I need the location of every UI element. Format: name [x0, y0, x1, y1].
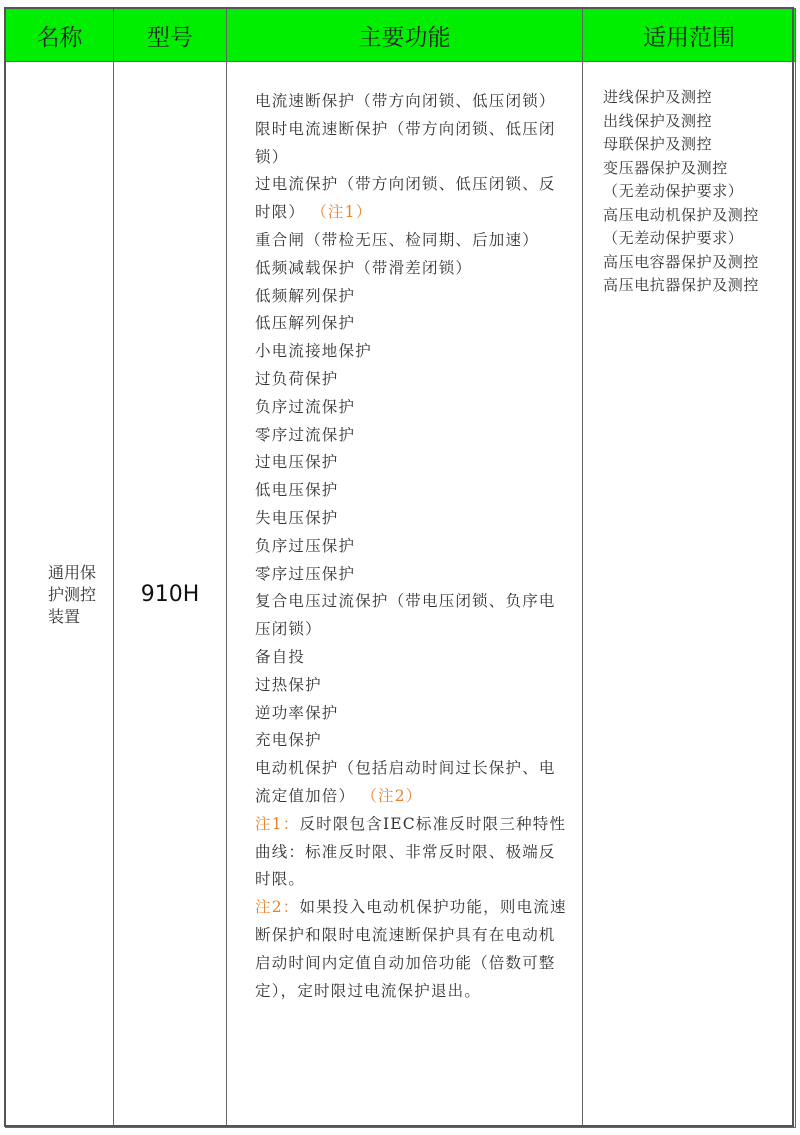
function-item: 电流速断保护（带方向闭锁、低压闭锁） — [255, 88, 568, 116]
cell-scope: 进线保护及测控出线保护及测控母联保护及测控变压器保护及测控（无差动保护要求）高压… — [583, 62, 796, 1128]
note-label: 注1： — [255, 815, 299, 833]
function-item: 失电压保护 — [255, 505, 568, 533]
scope-item: 母联保护及测控 — [603, 133, 785, 157]
function-item: 过电流保护（带方向闭锁、低压闭锁、反时限） （注1） — [255, 171, 568, 227]
function-text: 备自投 — [255, 648, 305, 666]
function-text: 低频解列保护 — [255, 287, 355, 305]
cell-model: 910H — [114, 62, 227, 1128]
function-item: 备自投 — [255, 644, 568, 672]
scope-item: 高压电动机保护及测控 — [603, 204, 785, 228]
function-text: 逆功率保护 — [255, 704, 339, 722]
function-text: 负序过压保护 — [255, 537, 355, 555]
scope-item: 变压器保护及测控 — [603, 157, 785, 181]
function-text: 重合闸（带检无压、检同期、后加速） — [255, 231, 539, 249]
function-note-ref: （注1） — [305, 203, 372, 221]
header-model: 型号 — [114, 9, 227, 62]
note-text: 如果投入电动机保护功能，则电流速断保护和限时电流速断保护具有在电动机启动时间内定… — [255, 898, 567, 999]
note-item: 注1：反时限包含IEC标准反时限三种特性曲线：标准反时限、非常反时限、极端反时限… — [255, 811, 568, 894]
function-item: 电动机保护（包括启动时间过长保护、电流定值加倍） （注2） — [255, 755, 568, 811]
function-text: 限时电流速断保护（带方向闭锁、低压闭锁） — [255, 120, 556, 166]
function-text: 零序过压保护 — [255, 565, 355, 583]
function-text: 零序过流保护 — [255, 426, 355, 444]
scope-item: 高压电容器保护及测控 — [603, 251, 785, 275]
cell-functions: 电流速断保护（带方向闭锁、低压闭锁）限时电流速断保护（带方向闭锁、低压闭锁）过电… — [227, 62, 583, 1128]
scope-item: 高压电抗器保护及测控 — [603, 274, 785, 298]
function-text: 负序过流保护 — [255, 398, 355, 416]
function-text: 充电保护 — [255, 731, 322, 749]
scope-item: （无差动保护要求） — [603, 227, 785, 251]
function-item: 逆功率保护 — [255, 700, 568, 728]
function-text: 过电压保护 — [255, 453, 339, 471]
function-item: 低压解列保护 — [255, 310, 568, 338]
function-text: 小电流接地保护 — [255, 342, 372, 360]
header-row: 名称 型号 主要功能 适用范围 — [6, 9, 796, 62]
function-text: 低压解列保护 — [255, 314, 355, 332]
function-item: 过热保护 — [255, 672, 568, 700]
function-item: 充电保护 — [255, 727, 568, 755]
function-list: 电流速断保护（带方向闭锁、低压闭锁）限时电流速断保护（带方向闭锁、低压闭锁）过电… — [255, 88, 568, 811]
function-text: 过负荷保护 — [255, 370, 339, 388]
function-text: 低频减载保护（带滑差闭锁） — [255, 259, 472, 277]
note-item: 注2：如果投入电动机保护功能，则电流速断保护和限时电流速断保护具有在电动机启动时… — [255, 894, 568, 1005]
scope-item: （无差动保护要求） — [603, 180, 785, 204]
function-item: 复合电压过流保护（带电压闭锁、负序电压闭锁） — [255, 588, 568, 644]
product-spec-table: 名称 型号 主要功能 适用范围 通用保护测控装置 910H 电流速断保护（带方向… — [5, 8, 796, 1128]
function-item: 低频减载保护（带滑差闭锁） — [255, 255, 568, 283]
cell-name: 通用保护测控装置 — [6, 62, 114, 1128]
header-functions: 主要功能 — [227, 9, 583, 62]
function-item: 负序过压保护 — [255, 533, 568, 561]
function-note-ref: （注2） — [355, 787, 422, 805]
function-text: 电流速断保护（带方向闭锁、低压闭锁） — [255, 92, 556, 110]
function-text: 低电压保护 — [255, 481, 339, 499]
function-item: 零序过流保护 — [255, 422, 568, 450]
function-item: 负序过流保护 — [255, 394, 568, 422]
function-text: 过热保护 — [255, 676, 322, 694]
header-scope: 适用范围 — [583, 9, 796, 62]
function-item: 小电流接地保护 — [255, 338, 568, 366]
function-item: 限时电流速断保护（带方向闭锁、低压闭锁） — [255, 116, 568, 172]
function-text: 复合电压过流保护（带电压闭锁、负序电压闭锁） — [255, 592, 556, 638]
function-text: 失电压保护 — [255, 509, 339, 527]
note-label: 注2： — [255, 898, 299, 916]
note-text: 反时限包含IEC标准反时限三种特性曲线：标准反时限、非常反时限、极端反时限。 — [255, 815, 566, 889]
scope-list: 进线保护及测控出线保护及测控母联保护及测控变压器保护及测控（无差动保护要求）高压… — [603, 86, 785, 298]
function-item: 低电压保护 — [255, 477, 568, 505]
function-item: 零序过压保护 — [255, 561, 568, 589]
table-row: 通用保护测控装置 910H 电流速断保护（带方向闭锁、低压闭锁）限时电流速断保护… — [6, 62, 796, 1128]
header-name: 名称 — [6, 9, 114, 62]
function-item: 过负荷保护 — [255, 366, 568, 394]
function-item: 过电压保护 — [255, 449, 568, 477]
scope-item: 出线保护及测控 — [603, 110, 785, 134]
function-item: 低频解列保护 — [255, 283, 568, 311]
function-item: 重合闸（带检无压、检同期、后加速） — [255, 227, 568, 255]
function-text: 过电流保护（带方向闭锁、低压闭锁、反时限） — [255, 175, 556, 221]
notes-list: 注1：反时限包含IEC标准反时限三种特性曲线：标准反时限、非常反时限、极端反时限… — [255, 811, 568, 1006]
scope-item: 进线保护及测控 — [603, 86, 785, 110]
